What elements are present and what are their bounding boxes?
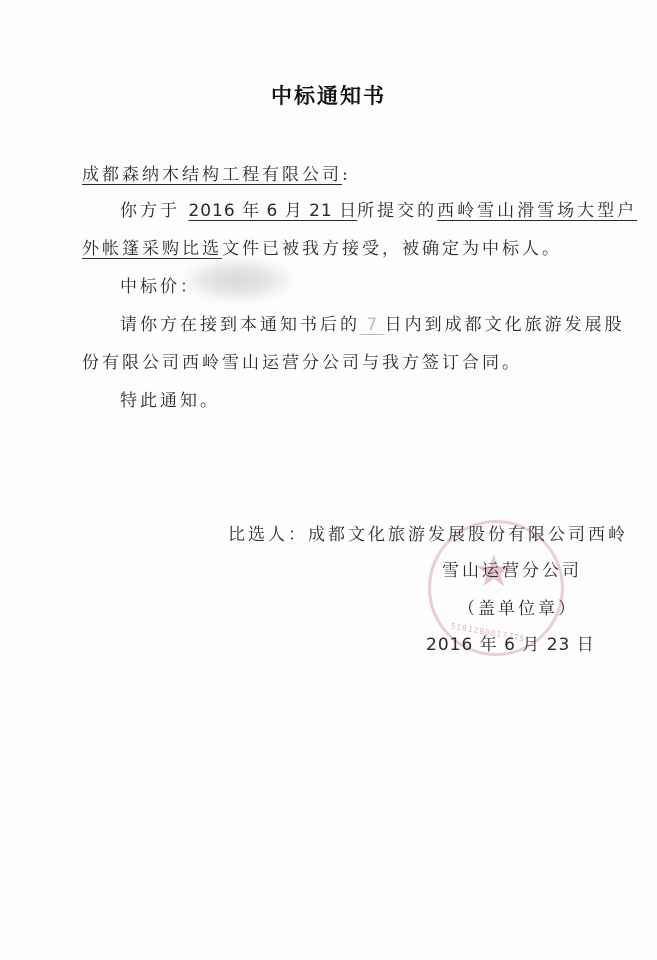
notice-document: 中标通知书 成都森纳木结构工程有限公司: 你方于 2016 年 6 月 21 日… [0,0,657,960]
para1-line1: 你方于 2016 年 6 月 21 日所提交的西岭雪山滑雪场大型户 [120,196,637,221]
signature-line1: 比选人：成都文化旅游发展股份有限公司西岭 [228,520,628,545]
closing: 特此通知。 [120,386,220,411]
signature-label: 比选人： [228,525,308,545]
para1-line2: 外帐篷采购比选文件已被我方接受，被确定为中标人。 [82,234,562,259]
addressee-name: 成都森纳木结构工程有限公司 [82,165,342,185]
signature-org: 成都文化旅游发展股份有限公司西岭 [308,525,628,545]
addressee: 成都森纳木结构工程有限公司: [82,160,351,185]
redacted-bid-price [183,258,293,302]
project-name: 西岭雪山滑雪场大型户 [437,201,637,221]
days-count: 7 [360,315,385,335]
document-title: 中标通知书 [0,80,657,110]
para2-line2: 份有限公司西岭雪山运营分公司与我方签订合同。 [82,348,522,373]
signature-line2: 雪山运营分公司 [442,556,582,581]
submission-date: 2016 年 6 月 21 日 [188,201,357,221]
signature-date: 2016 年 6 月 23 日 [426,630,595,655]
para2-line1: 请你方在接到本通知书后的 7 日内到成都文化旅游发展股 [120,310,625,335]
seal-note: （盖单位章） [458,594,578,619]
